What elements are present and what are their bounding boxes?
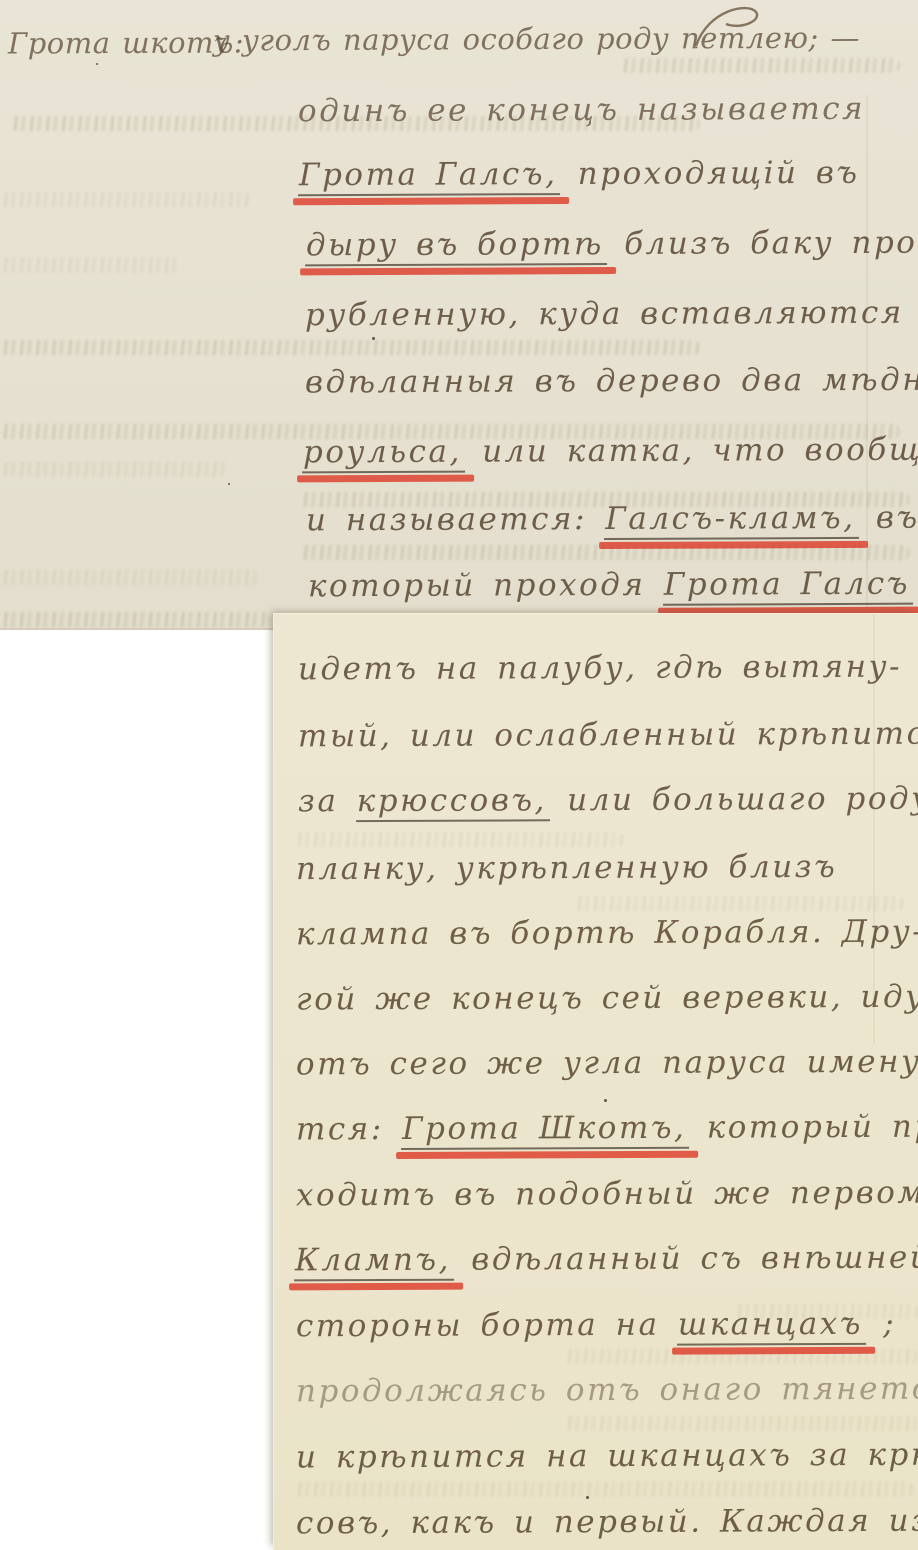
underlined-term: Галсъ-кламъ, [604,500,858,540]
handwritten-line: тый, или ослабленный крѣпится [298,716,918,755]
bleedthrough-line [0,258,180,273]
handwritten-line: одинъ ее конецъ называется [298,91,865,129]
handwritten-line: планку, укрѣпленную близъ [296,849,837,887]
handwritten-line: роульса, или катка, что вообще [302,432,918,474]
margin-term-text: Грота шкотъ: [8,25,244,60]
handwritten-line: отъ сего же угла паруса именуе- [296,1044,918,1083]
handwritten-line: который проходя Грота Галсъ [308,566,913,608]
handwritten-line: рубленную, куда вставляются [305,295,904,334]
bleedthrough-line [294,832,624,847]
underlined-term: крюссовъ, [356,782,550,822]
handwritten-line: и крѣпится на шканцахъ за крюс- [296,1437,918,1476]
bleedthrough-line [0,462,230,477]
manuscript-fragment-bottom: идетъ на палубу, гдѣ вытяну- тый, или ос… [273,613,918,1550]
bleedthrough-line [574,896,904,911]
handwritten-line: совъ, какъ и первый. Каждая изъ [296,1503,918,1542]
handwritten-line: стороны борта на шканцахъ ; [296,1306,896,1348]
handwritten-line: Грота Галсъ, проходящій въ [298,155,860,196]
underlined-term: Грота Галсъ, [298,156,561,196]
handwritten-line: гой же конецъ сей веревки, идущій [296,978,918,1017]
ink-speck [228,483,230,485]
bleedthrough-line [0,612,270,627]
ink-speck [96,63,98,65]
bleedthrough-line [0,570,260,585]
margin-term: Грота шкотъ: [8,25,244,60]
underlined-term: Грота Шкотъ, [401,1110,689,1150]
underlined-term: роульса, [302,434,465,474]
ink-speck [372,337,375,340]
handwritten-line: клампа въ бортѣ Корабля. Дру- [296,914,918,953]
bleedthrough-line [564,1416,918,1431]
handwritten-line: вдѣланныя въ дерево два мѣдныхъ [305,361,918,400]
underlined-term: Грота Галсъ [663,566,913,606]
handwritten-line: дыру въ бортѣ близъ баку про- [305,225,918,267]
handwritten-line: продолжаясь отъ онаго тянется [296,1371,918,1410]
handwritten-line: ходитъ въ подобный же первому [296,1175,918,1214]
handwritten-line: у уголъ паруса особаго роду петлею; — [213,21,860,58]
bleedthrough-line [294,1482,914,1497]
ink-speck [604,1099,607,1102]
handwritten-line: за крюссовъ, или большаго роду [298,781,918,823]
manuscript-fragment-top: Грота шкотъ: у уголъ паруса особаго роду… [0,0,918,630]
manuscript-scan: { "document": { "description_colors": { … [0,0,918,1550]
underlined-term: Клампъ, [294,1242,454,1282]
ink-speck [586,1496,589,1499]
bleedthrough-line [0,340,700,355]
underlined-term: шканцахъ [677,1306,866,1346]
bleedthrough-line [620,58,900,73]
handwritten-line: идетъ на палубу, гдѣ вытяну- [298,649,902,688]
handwritten-line: тся: Грота Шкотъ, который про- [296,1109,918,1151]
handwritten-line: и называется: Галсъ-кламъ, въ [306,500,918,542]
underlined-term: дыру въ бортѣ [305,226,607,266]
handwritten-line: Клампъ, вдѣланный съ внѣшней [294,1240,918,1282]
bleedthrough-line [0,192,250,207]
